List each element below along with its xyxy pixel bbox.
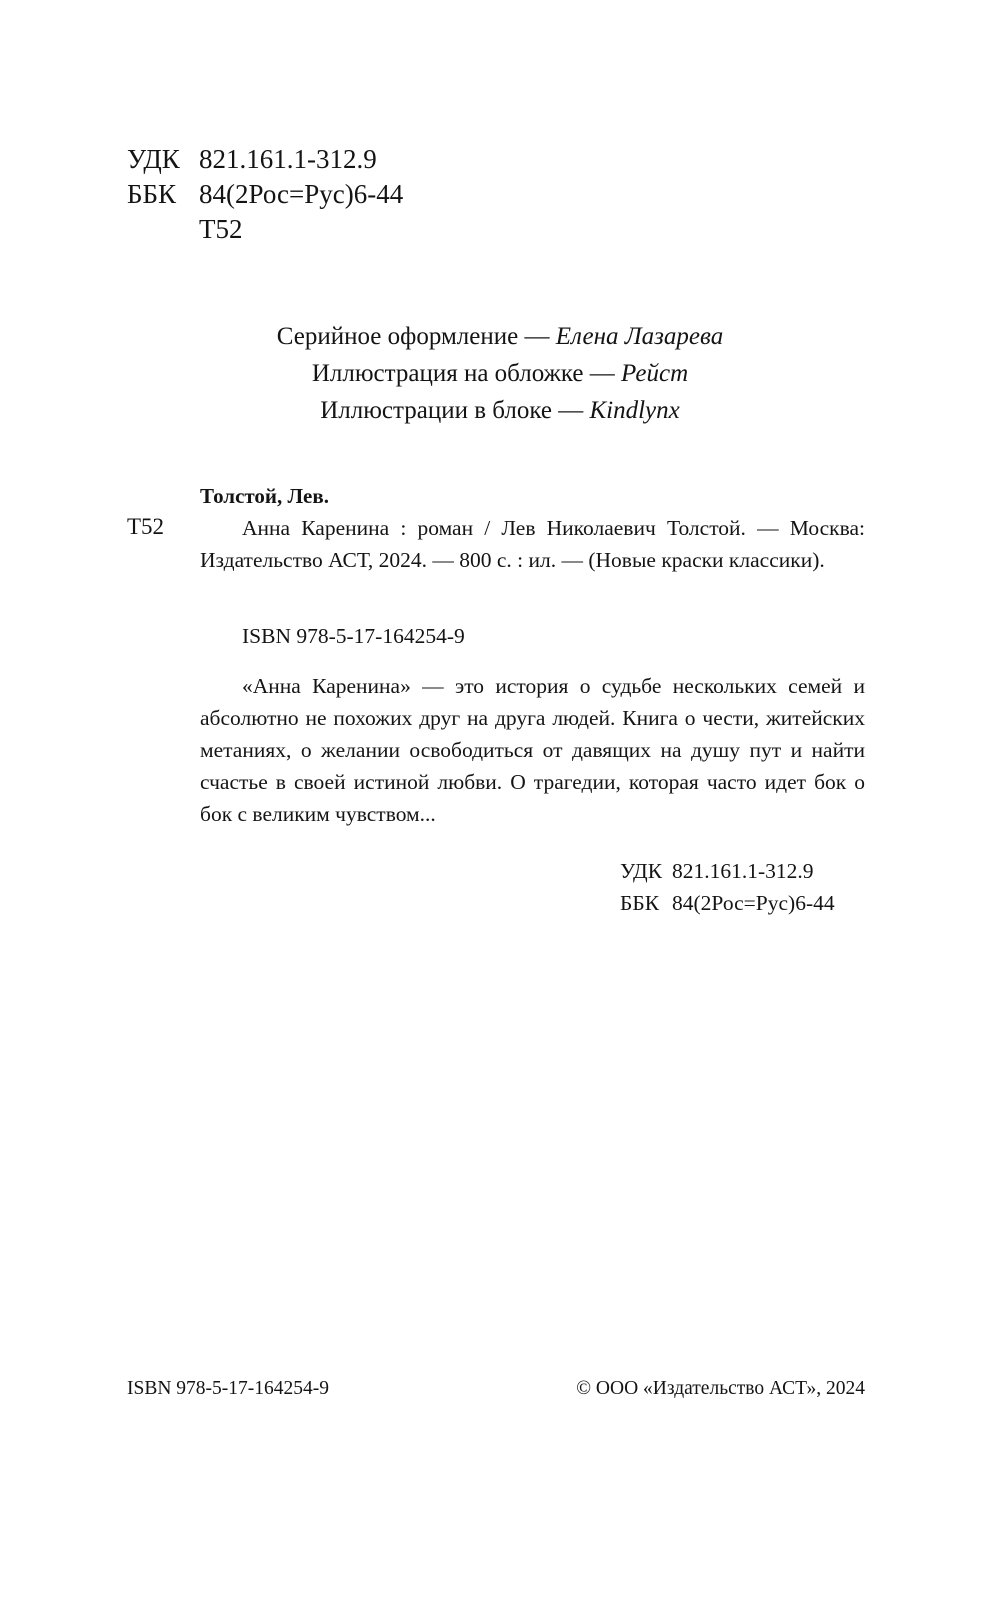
- bibliographic-description: Анна Каренина : роман / Лев Николаевич Т…: [200, 512, 865, 576]
- bbk-row: ББК 84(2Рос=Рус)6-44: [127, 177, 403, 212]
- bbk-row: ББК 84(2Рос=Рус)6-44: [620, 887, 835, 919]
- record-author-sign: Т52: [127, 514, 164, 540]
- udk-value: 821.161.1-312.9: [199, 142, 377, 177]
- credit-role: Иллюстрации в блоке —: [320, 397, 589, 424]
- record-isbn: ISBN 978-5-17-164254-9: [242, 624, 465, 649]
- classification-codes: УДК 821.161.1-312.9 ББК 84(2Рос=Рус)6-44…: [127, 142, 403, 247]
- record-classification-codes: УДК 821.161.1-312.9 ББК 84(2Рос=Рус)6-44: [620, 855, 835, 919]
- credit-name: Рейст: [621, 360, 688, 387]
- footer-isbn: ISBN 978-5-17-164254-9: [127, 1378, 329, 1400]
- footer-copyright: © ООО «Издательство АСТ», 2024: [576, 1378, 865, 1400]
- credit-role: Серийное оформление —: [277, 323, 556, 350]
- credits: Серийное оформление — Елена Лазарева Илл…: [0, 318, 1000, 429]
- udk-row: УДК 821.161.1-312.9: [620, 855, 835, 887]
- credit-name: Kindlynx: [589, 397, 679, 424]
- author-sign: Т52: [127, 212, 403, 247]
- bbk-value: 84(2Рос=Рус)6-44: [199, 177, 403, 212]
- credit-series-design: Серийное оформление — Елена Лазарева: [0, 318, 1000, 355]
- credit-block-illustrations: Иллюстрации в блоке — Kindlynx: [0, 392, 1000, 429]
- udk-label: УДК: [127, 142, 199, 177]
- bbk-label: ББК: [127, 177, 199, 212]
- credit-cover-illustration: Иллюстрация на обложке — Рейст: [0, 355, 1000, 392]
- udk-value: 821.161.1-312.9: [672, 855, 814, 887]
- annotation-text: «Анна Каренина» — это история о судьбе н…: [200, 670, 865, 830]
- bbk-value: 84(2Рос=Рус)6-44: [672, 887, 835, 919]
- description-text: Анна Каренина : роман / Лев Николаевич Т…: [200, 512, 865, 576]
- annotation: «Анна Каренина» — это история о судьбе н…: [200, 670, 865, 830]
- author-heading: Толстой, Лев.: [200, 484, 329, 509]
- udk-row: УДК 821.161.1-312.9: [127, 142, 403, 177]
- bbk-label: ББК: [620, 887, 672, 919]
- udk-label: УДК: [620, 855, 672, 887]
- credit-role: Иллюстрация на обложке —: [312, 360, 621, 387]
- credit-name: Елена Лазарева: [556, 323, 724, 350]
